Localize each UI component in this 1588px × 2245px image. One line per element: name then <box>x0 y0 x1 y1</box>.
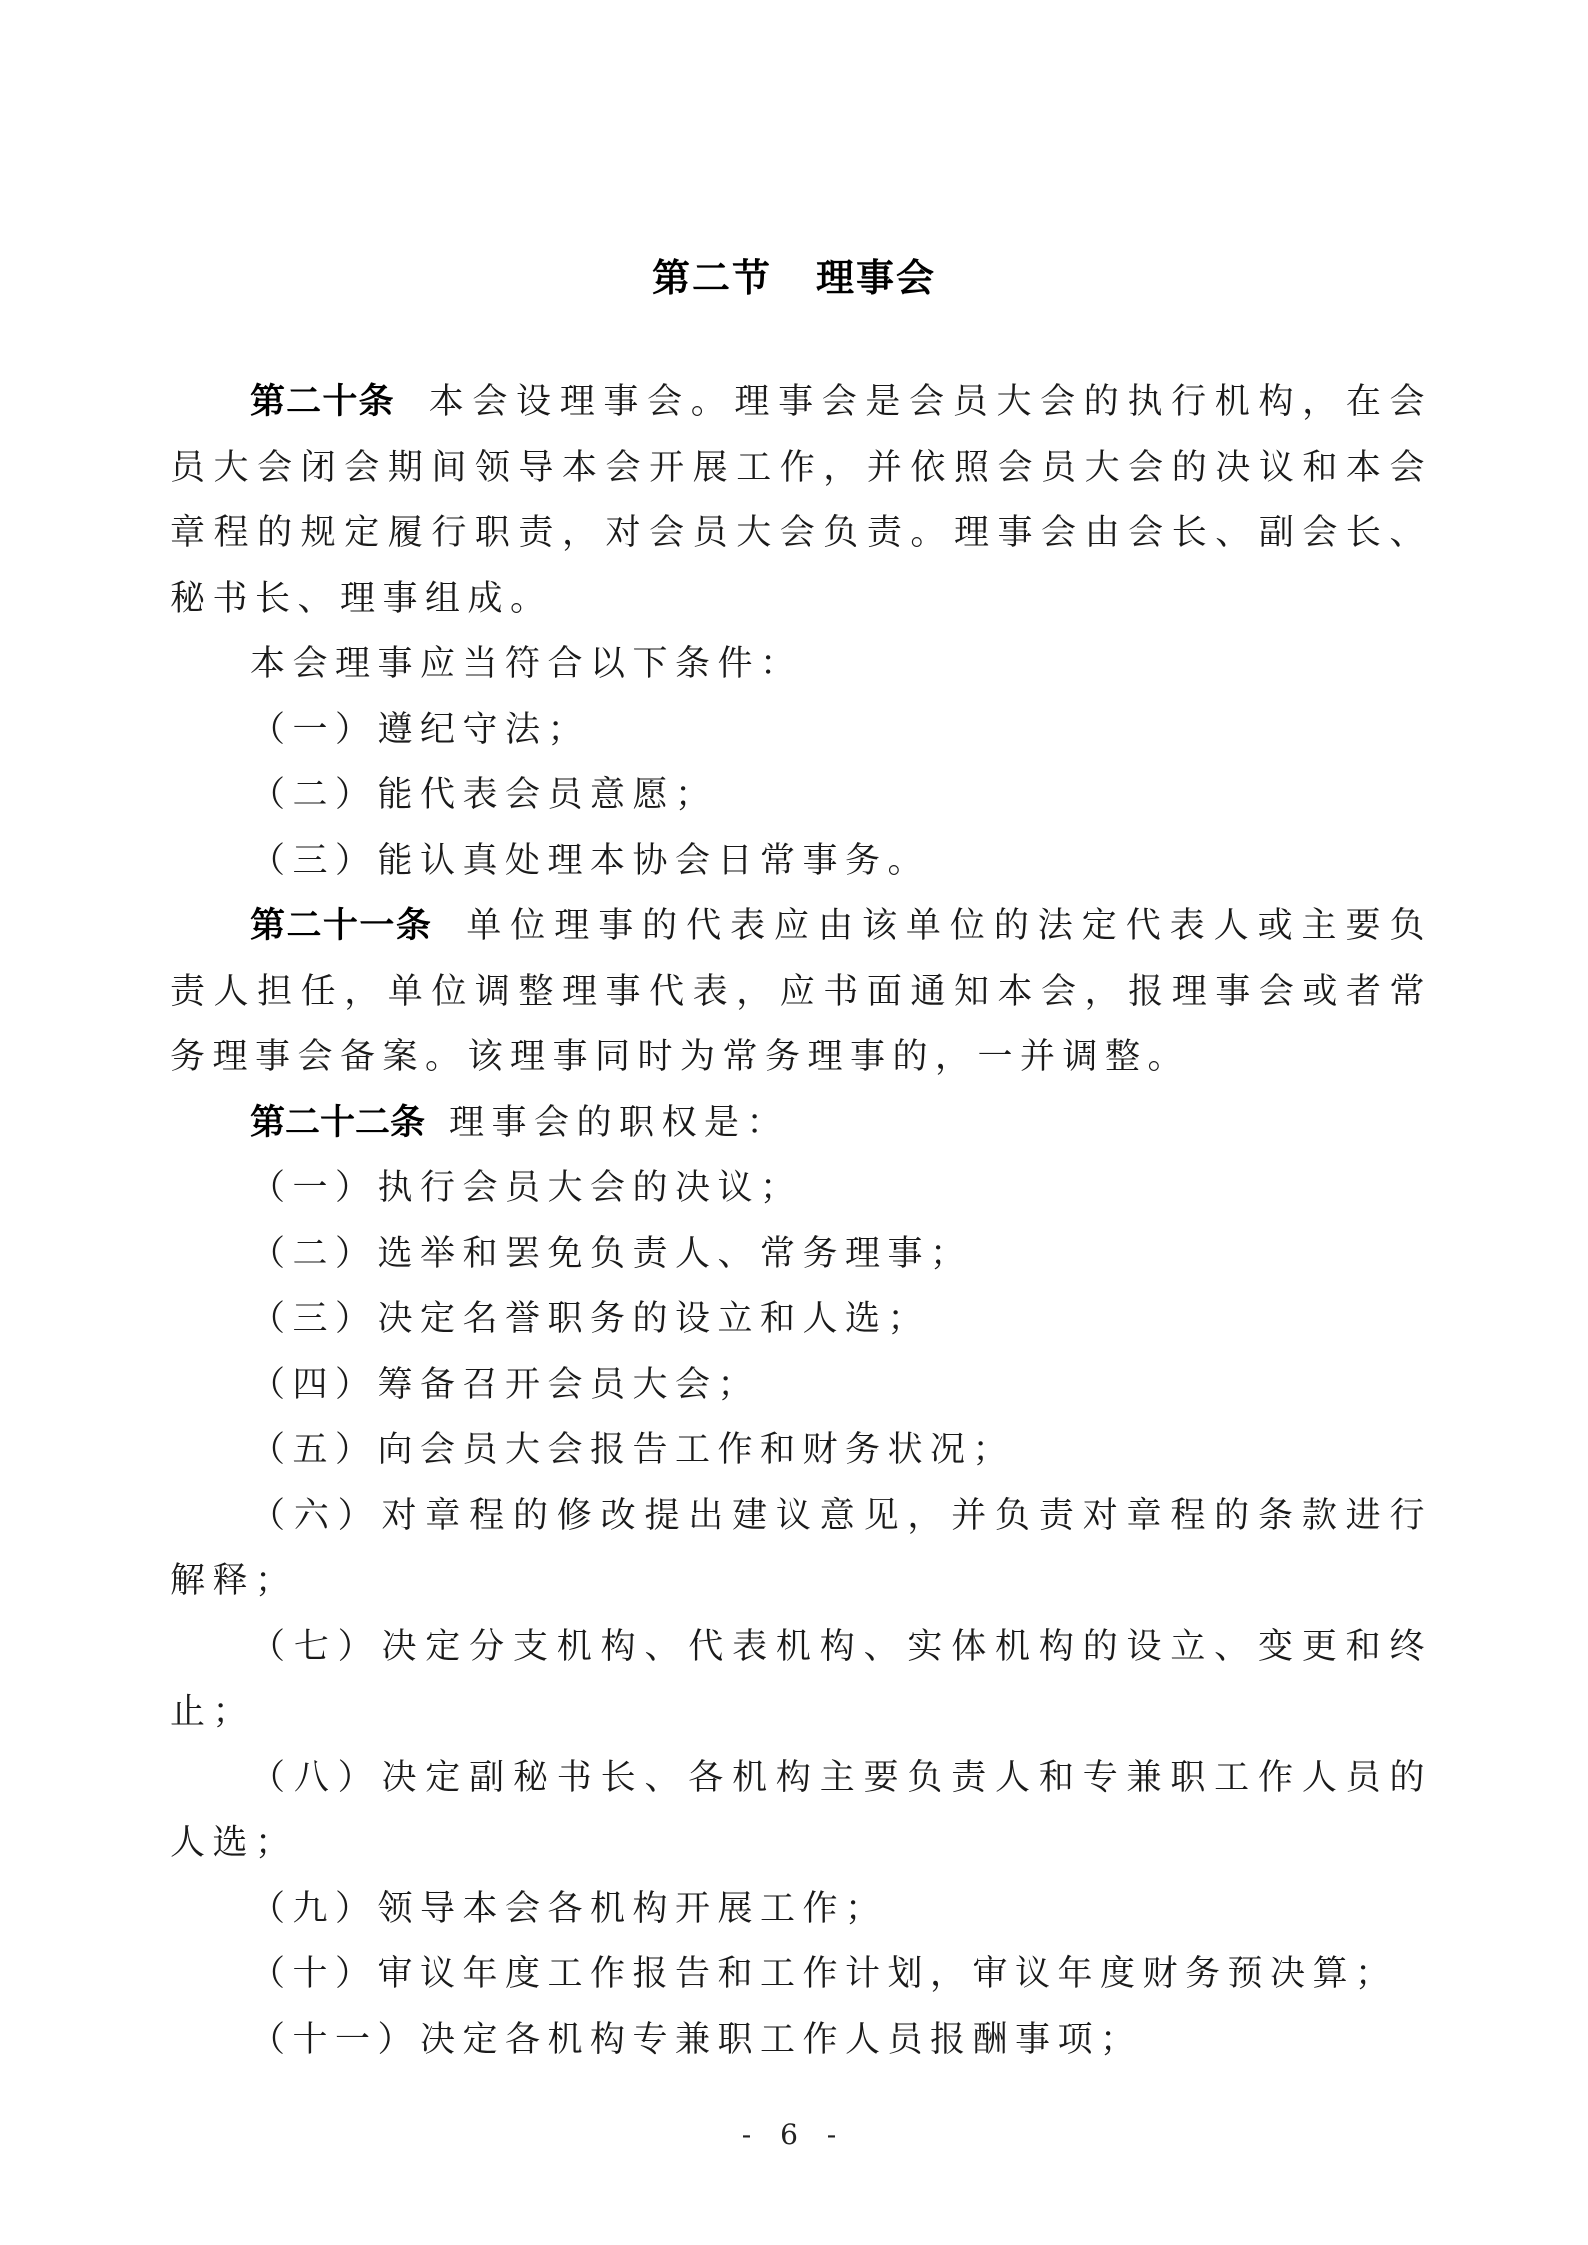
article-22-text: 理事会的职权是： <box>449 1103 789 1143</box>
power-item: （一）执行会员大会的决议； <box>170 1156 1432 1222</box>
power-item: （十一）决定各机构专兼职工作人员报酬事项； <box>170 2008 1432 2074</box>
condition-item: （三）能认真处理本协会日常事务。 <box>170 829 1432 895</box>
article-20-label: 第二十条 <box>250 382 395 422</box>
power-item: （五）向会员大会报告工作和财务状况； <box>170 1418 1432 1484</box>
power-item: （十）审议年度工作报告和工作计划，审议年度财务预决算； <box>170 1942 1432 2008</box>
power-item: （二）选举和罢免负责人、常务理事； <box>170 1222 1432 1288</box>
article-20: 第二十条本会设理事会。理事会是会员大会的执行机构，在会员大会闭会期间领导本会开展… <box>170 370 1432 632</box>
power-item: （三）决定名誉职务的设立和人选； <box>170 1287 1432 1353</box>
article-22: 第二十二条理事会的职权是： <box>170 1091 1432 1157</box>
power-item: （四）筹备召开会员大会； <box>170 1353 1432 1419</box>
article-22-label: 第二十二条 <box>250 1103 425 1143</box>
condition-item: （一）遵纪守法； <box>170 698 1432 764</box>
article-21-label: 第二十一条 <box>250 906 432 946</box>
section-heading: 第二节理事会 <box>0 250 1588 306</box>
section-title: 理事会 <box>816 256 936 300</box>
article-21: 第二十一条单位理事的代表应由该单位的法定代表人或主要负责人担任，单位调整理事代表… <box>170 894 1432 1091</box>
document-page: 第二节理事会 第二十条本会设理事会。理事会是会员大会的执行机构，在会员大会闭会期… <box>0 0 1588 2245</box>
power-item: （九）领导本会各机构开展工作； <box>170 1877 1432 1943</box>
power-item: （六）对章程的修改提出建议意见，并负责对章程的条款进行解释； <box>170 1484 1432 1615</box>
power-item: （八）决定副秘书长、各机构主要负责人和专兼职工作人员的人选； <box>170 1746 1432 1877</box>
condition-item: （二）能代表会员意愿； <box>170 763 1432 829</box>
section-number: 第二节 <box>652 256 772 300</box>
power-item: （七）决定分支机构、代表机构、实体机构的设立、变更和终止； <box>170 1615 1432 1746</box>
page-number: - 6 - <box>0 2118 1588 2151</box>
document-body: 第二十条本会设理事会。理事会是会员大会的执行机构，在会员大会闭会期间领导本会开展… <box>170 370 1432 2073</box>
conditions-intro: 本会理事应当符合以下条件： <box>170 632 1432 698</box>
